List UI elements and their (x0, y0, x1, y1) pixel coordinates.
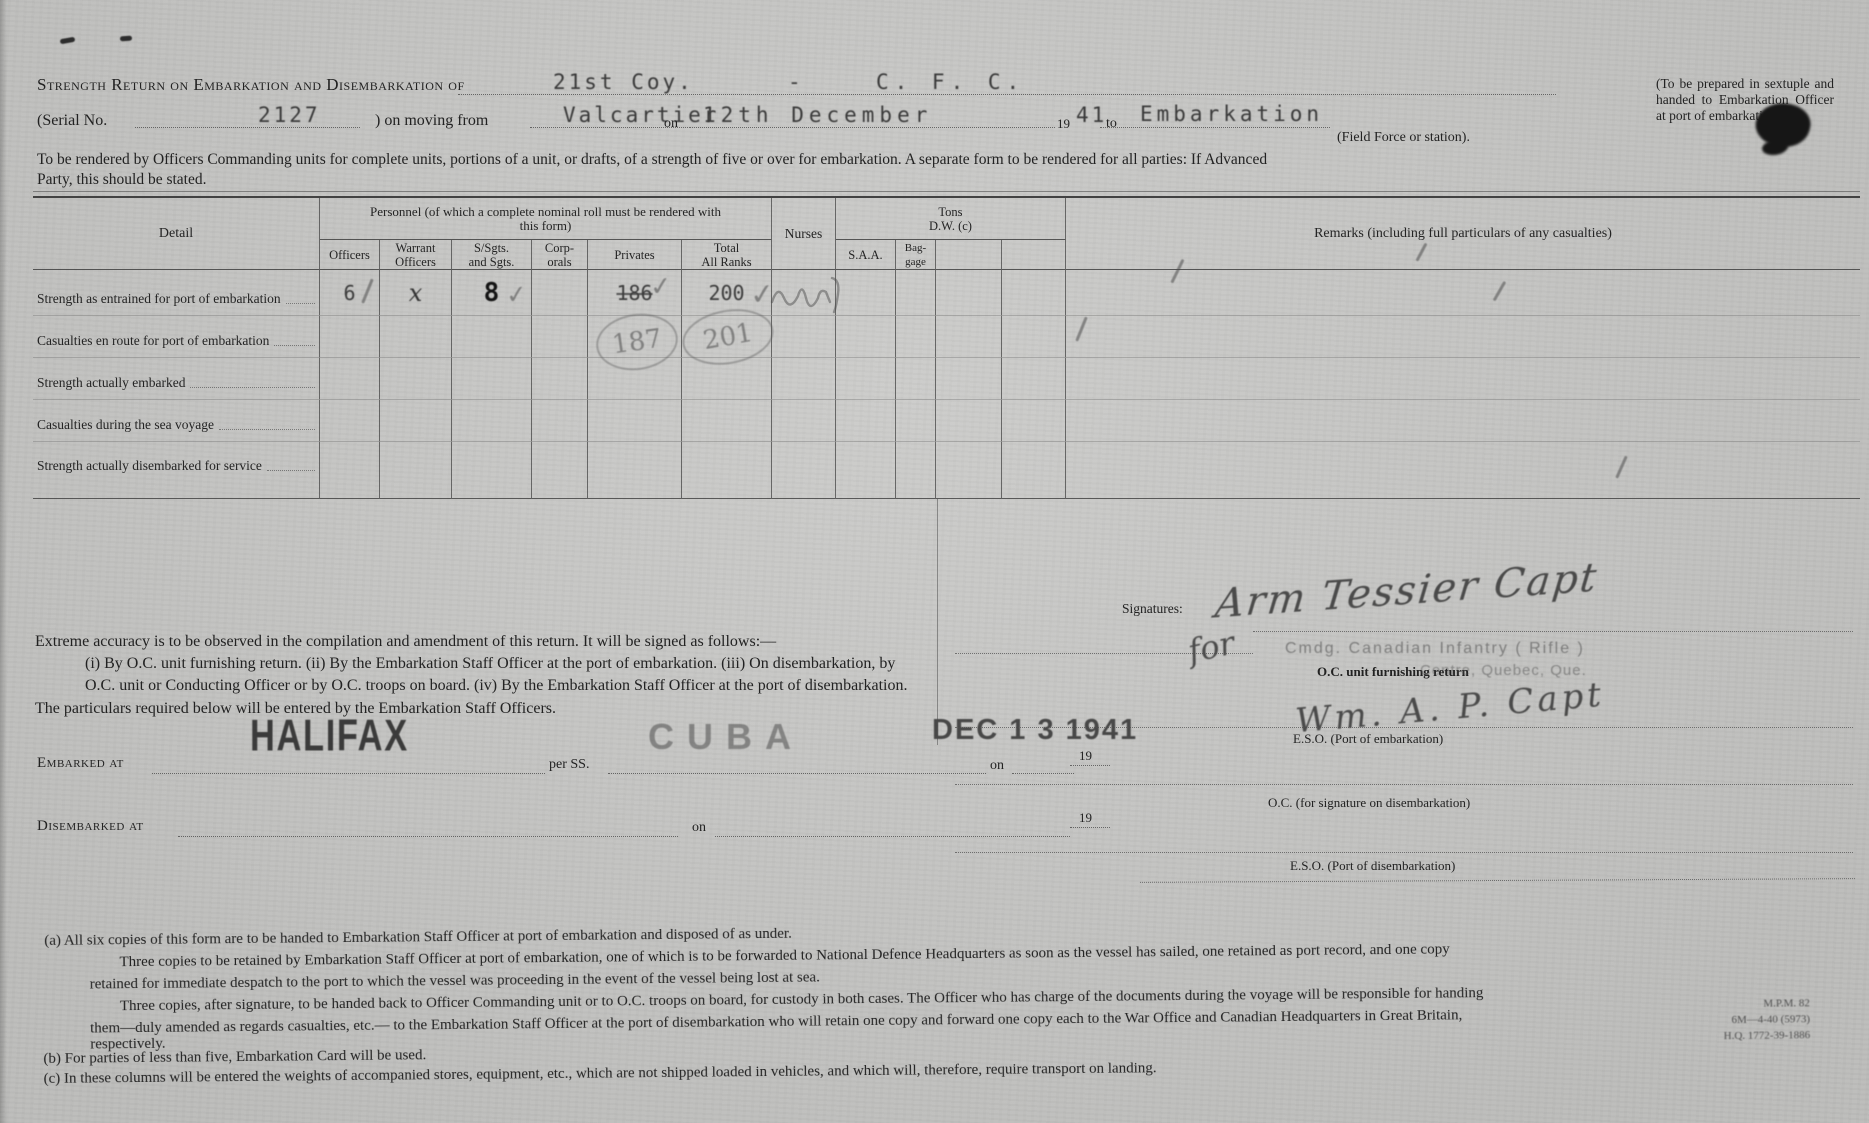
cell (320, 316, 380, 358)
date-stamp: DEC 1 3 1941 (932, 714, 1138, 747)
cell (588, 442, 682, 499)
col-header-remarks: Remarks (including full particulars of a… (1066, 198, 1860, 270)
col-header-tons-blank1 (936, 240, 1002, 270)
cell (772, 358, 836, 400)
form-codes: M.P.M. 82 6M—4-40 (5973) H.Q. 1772-39-18… (1660, 995, 1810, 1045)
row-label-text: Casualties during the sea voyage (37, 417, 214, 433)
per-ss-rule (608, 772, 986, 774)
row-label: Casualties en route for port of embarkat… (33, 316, 320, 358)
ink-speck (60, 37, 76, 45)
ssgts-value-typed: 8 (484, 278, 500, 308)
unit-stamp: Cmdg. Canadian Infantry ( Rifle ) (1285, 640, 1585, 658)
to-label: to (1106, 116, 1117, 132)
serial-dotted-rule (135, 126, 360, 128)
row-label: Casualties during the sea voyage (33, 400, 320, 442)
cell (320, 442, 380, 499)
pencil-privates-amended: 187 (610, 324, 663, 361)
row-label: Strength actually embarked (33, 358, 320, 400)
signature-panel-divider (937, 499, 938, 745)
privates-value-struck: 186 (616, 281, 652, 305)
form-code-print-run: 6M—4-40 (5973) (1660, 1011, 1810, 1029)
year-prefix: 19 (1057, 116, 1070, 132)
dotted-leader (286, 303, 315, 304)
cell-baggage (896, 270, 936, 316)
cell (836, 400, 896, 442)
pencil-check: ✓ (505, 279, 529, 310)
year-typed: 41 (1076, 103, 1107, 127)
cell (896, 358, 936, 400)
cell (936, 358, 1002, 400)
cell (1066, 400, 1860, 442)
cell (452, 358, 532, 400)
cell (772, 400, 836, 442)
disembark-year-rule (1070, 826, 1110, 828)
oc-disembarkation-label: O.C. (for signature on disembarkation) (1268, 795, 1470, 811)
cell (532, 316, 588, 358)
place-stamp: Centre, Quebec, Que. (1420, 662, 1587, 679)
row-label: Strength as entrained for port of embark… (33, 270, 320, 316)
signature-rule (955, 783, 1853, 785)
dotted-leader (274, 345, 315, 346)
field-force-label: (Field Force or station). (1337, 130, 1470, 146)
pencil-check: ✓ (648, 271, 673, 303)
paper-edge-shadow (0, 0, 7, 1123)
embark-on-label: on (990, 758, 1004, 774)
unit-dash-typed: - (788, 70, 804, 94)
cell (682, 400, 772, 442)
embark-year-rule (1070, 764, 1110, 766)
cell (1066, 442, 1860, 499)
moving-from-typed: Valcartier (563, 103, 719, 127)
cell (772, 442, 836, 499)
embark-on-rule (1012, 772, 1074, 774)
cell (452, 442, 532, 499)
cell (532, 442, 588, 499)
cell (532, 358, 588, 400)
embark-year-label: 19 (1079, 748, 1092, 764)
accuracy-line1: Extreme accuracy is to be observed in th… (35, 633, 776, 651)
col-header-total-all-ranks: Total All Ranks (682, 240, 772, 270)
per-ss-label: per SS. (549, 757, 589, 773)
disembark-on-rule (715, 835, 1070, 837)
row-label-text: Casualties en route for port of embarkat… (37, 333, 269, 349)
footnote-a1: (a) All six copies of this form are to b… (44, 926, 792, 950)
unit-name-typed: 21st Coy. (553, 70, 694, 94)
cell (936, 400, 1002, 442)
col-group-tons: Tons D.W. (c) (836, 198, 1066, 240)
cell (380, 442, 452, 499)
cell (380, 316, 452, 358)
pencil-total-amended: 201 (701, 318, 755, 356)
signature-rule (1140, 877, 1855, 883)
eso-port-embarkation-label: E.S.O. (Port of embarkation) (1293, 731, 1443, 747)
pencil-scribble (768, 272, 860, 316)
signature-rule (955, 726, 1853, 728)
col-group-personnel: Personnel (of which a complete nominal r… (320, 198, 772, 240)
signature-rule (955, 652, 1253, 654)
date-typed: 12th December (703, 103, 932, 127)
cell (320, 400, 380, 442)
cell (896, 442, 936, 499)
footnotes-block: (a) All six copies of this form are to b… (34, 908, 1851, 1105)
serial-no-label: (Serial No. (37, 112, 107, 130)
destination-dotted-rule (1100, 126, 1330, 128)
cell (1002, 316, 1066, 358)
total-value-typed: 200 (708, 281, 744, 305)
signature-rule (955, 851, 1853, 853)
cell (452, 316, 532, 358)
cell (1002, 400, 1066, 442)
ship-stamp: CUBA (648, 716, 804, 758)
embarked-at-rule (152, 772, 545, 774)
form-code-hq: H.Q. 1772-39-1886 (1660, 1027, 1810, 1045)
port-stamp: HALIFAX (250, 710, 409, 761)
cell (836, 358, 896, 400)
col-header-tons-blank2 (1002, 240, 1066, 270)
col-header-warrant-officers: Warrant Officers (380, 240, 452, 270)
serial-number-typed: 2127 (258, 103, 321, 127)
ink-speck (120, 36, 132, 42)
disembarked-at-label: Disembarked at (37, 818, 144, 835)
footnote-b: (b) For parties of less than five, Embar… (43, 1047, 426, 1068)
cell (452, 400, 532, 442)
cell (1066, 358, 1860, 400)
cell (380, 358, 452, 400)
signatures-label: Signatures: (1122, 601, 1183, 617)
cell (1066, 316, 1860, 358)
cell (936, 316, 1002, 358)
row-label-text: Strength actually disembarked for servic… (37, 458, 262, 474)
table-top-double-rule (33, 191, 1860, 192)
disembarked-at-rule (178, 835, 678, 837)
cell (1002, 358, 1066, 400)
eso-port-disembarkation-label: E.S.O. (Port of disembarkation) (1290, 858, 1455, 874)
cell-warrant: x (380, 270, 452, 316)
form-code-mpm: M.P.M. 82 (1660, 995, 1810, 1013)
row-label-text: Strength actually embarked (37, 375, 185, 391)
cell (1002, 442, 1066, 499)
col-header-corporals: Corp- orals (532, 240, 588, 270)
col-header-ssgts: S/Sgts. and Sgts. (452, 240, 532, 270)
disembark-year-label: 19 (1079, 810, 1092, 826)
cell-corporals (532, 270, 588, 316)
form-title: Strength Return on Embarkation and Disem… (37, 75, 465, 95)
signature-oc-handwritten: Arm Tessier Capt (1213, 554, 1600, 627)
corps-typed: C. F. C. (876, 70, 1025, 94)
footnote-a3: retained for immediate despatch to the p… (90, 969, 820, 993)
on-moving-from-label: ) on moving from (375, 112, 488, 130)
render-note-line1: To be rendered by Officers Commanding un… (37, 151, 1267, 169)
dotted-leader (267, 470, 315, 471)
destination-typed: Embarkation (1140, 102, 1323, 126)
cell (836, 316, 896, 358)
col-header-detail: Detail (33, 198, 320, 270)
accuracy-line3: O.C. unit or Conducting Officer or by O.… (85, 677, 908, 695)
cell (836, 442, 896, 499)
col-header-nurses: Nurses (772, 198, 836, 270)
cell (588, 400, 682, 442)
col-header-privates: Privates (588, 240, 682, 270)
cell (532, 400, 588, 442)
row-label-text: Strength as entrained for port of embark… (37, 291, 281, 307)
embarked-at-label: Embarked at (37, 755, 124, 772)
accuracy-line2: (i) By O.C. unit furnishing return. (ii)… (85, 655, 895, 673)
disembark-on-label: on (692, 820, 706, 836)
col-header-baggage: Bag- gage (896, 240, 936, 270)
row-label: Strength actually disembarked for servic… (33, 442, 320, 499)
dotted-leader (190, 387, 315, 388)
col-header-saa: S.A.A. (836, 240, 896, 270)
cell (682, 442, 772, 499)
cell (380, 400, 452, 442)
cell (896, 316, 936, 358)
for-handwritten: for (1185, 624, 1238, 671)
on-label: on (664, 116, 678, 132)
col-header-officers: Officers (320, 240, 380, 270)
dotted-leader (219, 429, 315, 430)
render-note-line2: Party, this should be stated. (37, 171, 206, 189)
cell-officers: 6 (320, 270, 380, 316)
cell (936, 442, 1002, 499)
scanned-form-page: Strength Return on Embarkation and Disem… (0, 0, 1869, 1123)
warrant-value-handwritten: x (409, 279, 423, 307)
cell-tons3 (936, 270, 1002, 316)
cell (772, 316, 836, 358)
strength-table: Detail Personnel (of which a complete no… (33, 196, 1860, 499)
cell (320, 358, 380, 400)
officers-value-typed: 6 (343, 281, 355, 305)
cell (896, 400, 936, 442)
cell-remarks (1066, 270, 1860, 316)
signature-rule (1253, 630, 1853, 632)
cell-tons4 (1002, 270, 1066, 316)
